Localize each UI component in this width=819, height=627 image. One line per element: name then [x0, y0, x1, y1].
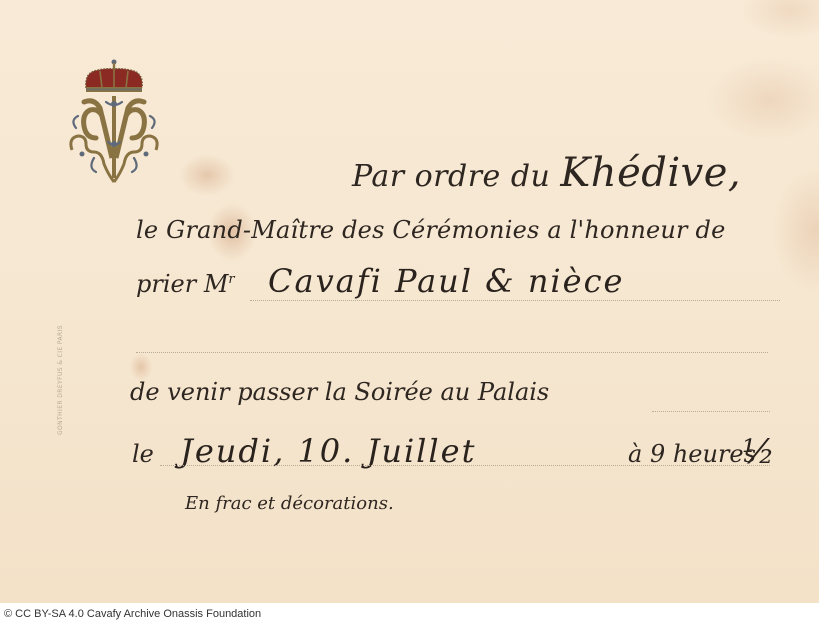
crowned-monogram-icon [64, 58, 164, 186]
date-fill-line [160, 465, 770, 466]
license-credit: © CC BY-SA 4.0 Cavafy Archive Onassis Fo… [4, 608, 261, 620]
guest-name-handwritten: Cavafi Paul & nièce [268, 262, 624, 300]
mr-superscript: r [228, 272, 234, 287]
khedive-title: Khédive, [560, 150, 741, 196]
prier-text: prier M [136, 270, 228, 298]
date-prefix: le [132, 440, 154, 468]
license-footer: © CC BY-SA 4.0 Cavafy Archive Onassis Fo… [0, 603, 819, 627]
invitation-card: GONTHIER DREYFUS & CIE PARIS Par ordre d… [0, 0, 819, 603]
printer-credit: GONTHIER DREYFUS & CIE PARIS [57, 300, 71, 460]
guest-fill-line [250, 300, 780, 301]
palais-fill-line [652, 411, 770, 412]
blank-fill-line [136, 352, 768, 353]
ceremonies-line: le Grand-Maître des Cérémonies a l'honne… [136, 216, 726, 244]
heading-prefix: Par ordre du [352, 159, 550, 194]
invitee-prefix: prier Mr [136, 270, 235, 298]
dress-code-line: En frac et décorations. [185, 493, 394, 514]
time-text: à 9 heures [628, 440, 756, 468]
half-hour-handwritten: ½ [742, 432, 775, 472]
soiree-line: de venir passer la Soirée au Palais [130, 378, 549, 406]
heading-line: Par ordre du Khédive, [352, 150, 741, 196]
